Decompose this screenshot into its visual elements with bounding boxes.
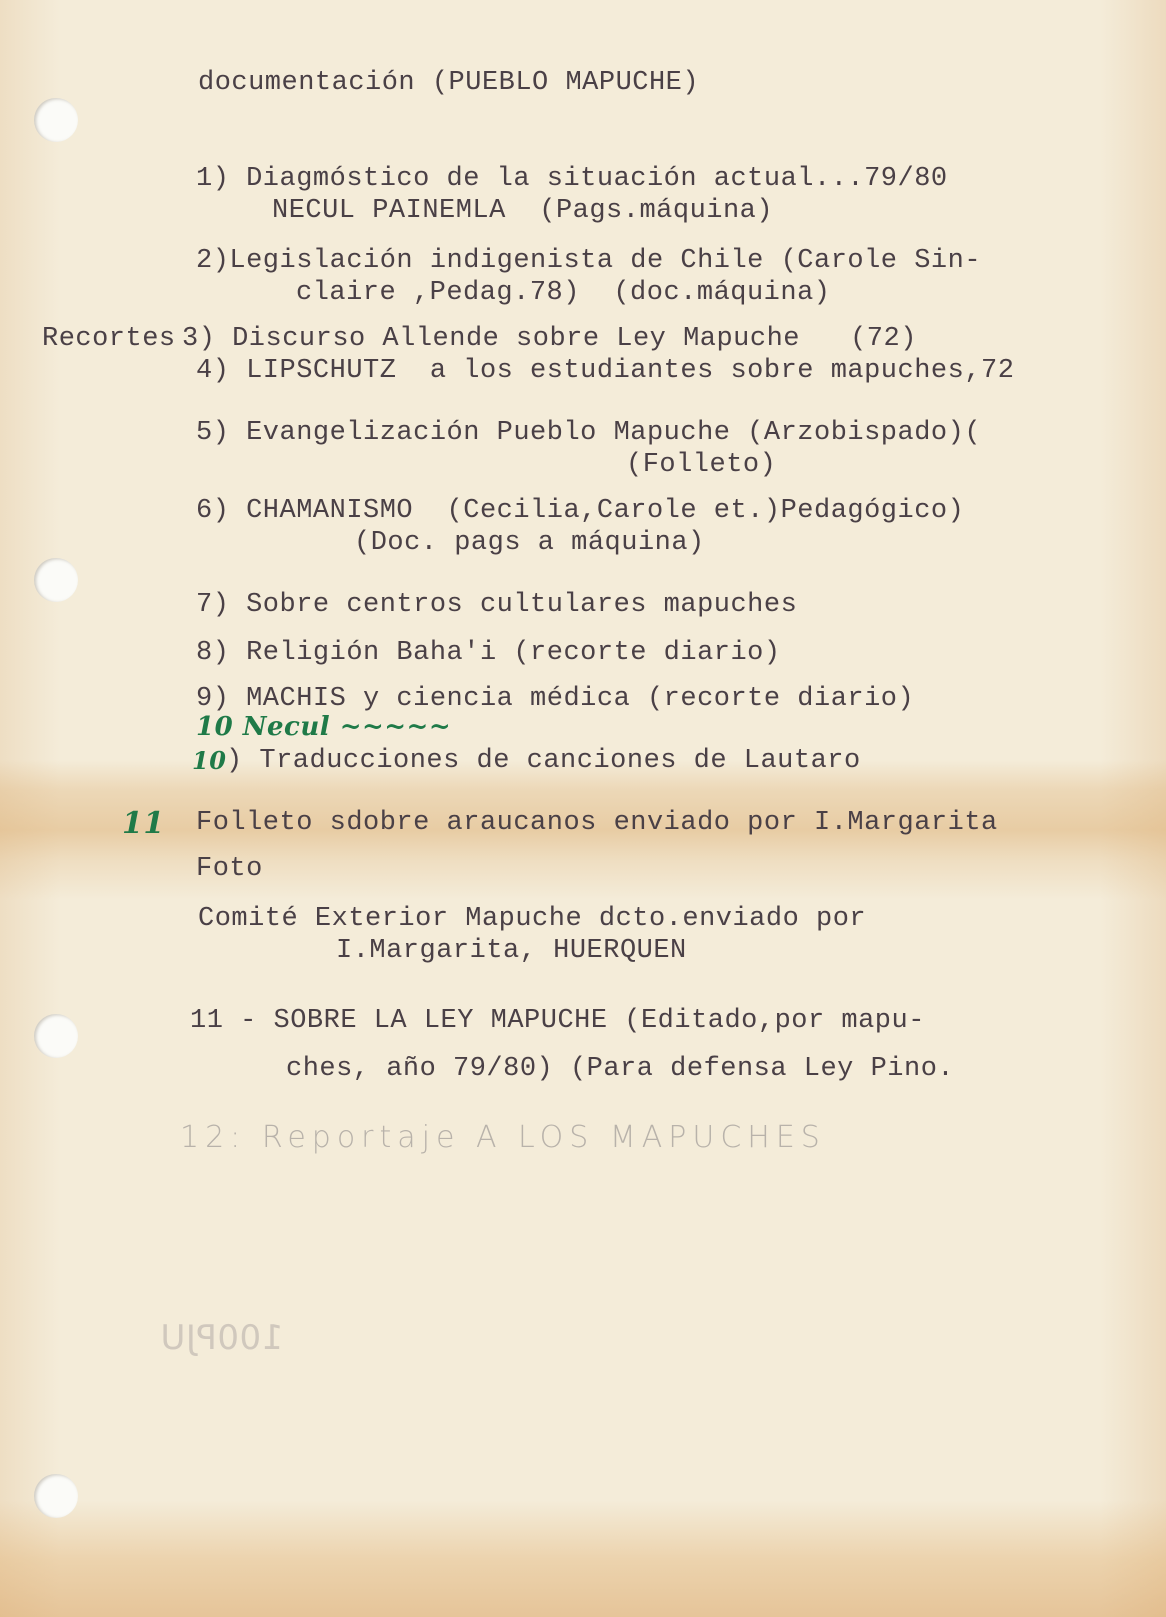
- item-1: 1) Diagmóstico de la situación actual...…: [196, 164, 948, 194]
- margin-note-recortes: Recortes: [42, 324, 176, 354]
- item-7: 7) Sobre centros cultulares mapuches: [196, 590, 797, 620]
- item-11-folleto: Folleto sdobre araucanos enviado por I.M…: [196, 808, 998, 838]
- struck-number: 10: [192, 746, 226, 775]
- item-3: 3) Discurso Allende sobre Ley Mapuche (7…: [182, 324, 917, 354]
- pencil-item-12: 12: Reportaje A LOS MAPUCHES: [180, 1120, 826, 1155]
- item-4: 4) LIPSCHUTZ a los estudiantes sobre map…: [196, 356, 1014, 386]
- punch-hole: [34, 1014, 78, 1058]
- document-title: documentación (PUEBLO MAPUCHE): [198, 68, 699, 98]
- item-comite-detail: I.Margarita, HUERQUEN: [336, 936, 687, 966]
- item-5: 5) Evangelización Pueblo Mapuche (Arzobi…: [196, 418, 981, 448]
- faint-show-through-mark: 100PJU: [160, 1318, 283, 1358]
- item-2: 2)Legislación indigenista de Chile (Caro…: [196, 246, 981, 276]
- handwritten-number-11: 11: [122, 806, 165, 841]
- item-6-detail: (Doc. pags a máquina): [354, 528, 705, 558]
- item-foto: Foto: [196, 854, 263, 884]
- item-9: 9) MACHIS y ciencia médica (recorte diar…: [196, 684, 914, 714]
- item-2-detail: claire ,Pedag.78) (doc.máquina): [296, 278, 830, 308]
- item-11-ley-mapuche: 11 - SOBRE LA LEY MAPUCHE (Editado,por m…: [190, 1006, 925, 1036]
- punch-hole: [34, 558, 78, 602]
- item-5-detail: (Folleto): [626, 450, 776, 480]
- item-comite: Comité Exterior Mapuche dcto.enviado por: [198, 904, 866, 934]
- item-11-ley-mapuche-detail: ches, año 79/80) (Para defensa Ley Pino.: [286, 1054, 954, 1084]
- item-6: 6) CHAMANISMO (Cecilia,Carole et.)Pedagó…: [196, 496, 964, 526]
- punch-hole: [34, 1474, 78, 1518]
- item-1-detail: NECUL PAINEMLA (Pags.máquina): [272, 196, 773, 226]
- handwritten-item-10: 10 Necul ~~~~~: [196, 712, 451, 742]
- punch-hole: [34, 98, 78, 142]
- item-8: 8) Religión Baha'i (recorte diario): [196, 638, 781, 668]
- item-10-traducciones: ) Traducciones de canciones de Lautaro: [226, 746, 861, 776]
